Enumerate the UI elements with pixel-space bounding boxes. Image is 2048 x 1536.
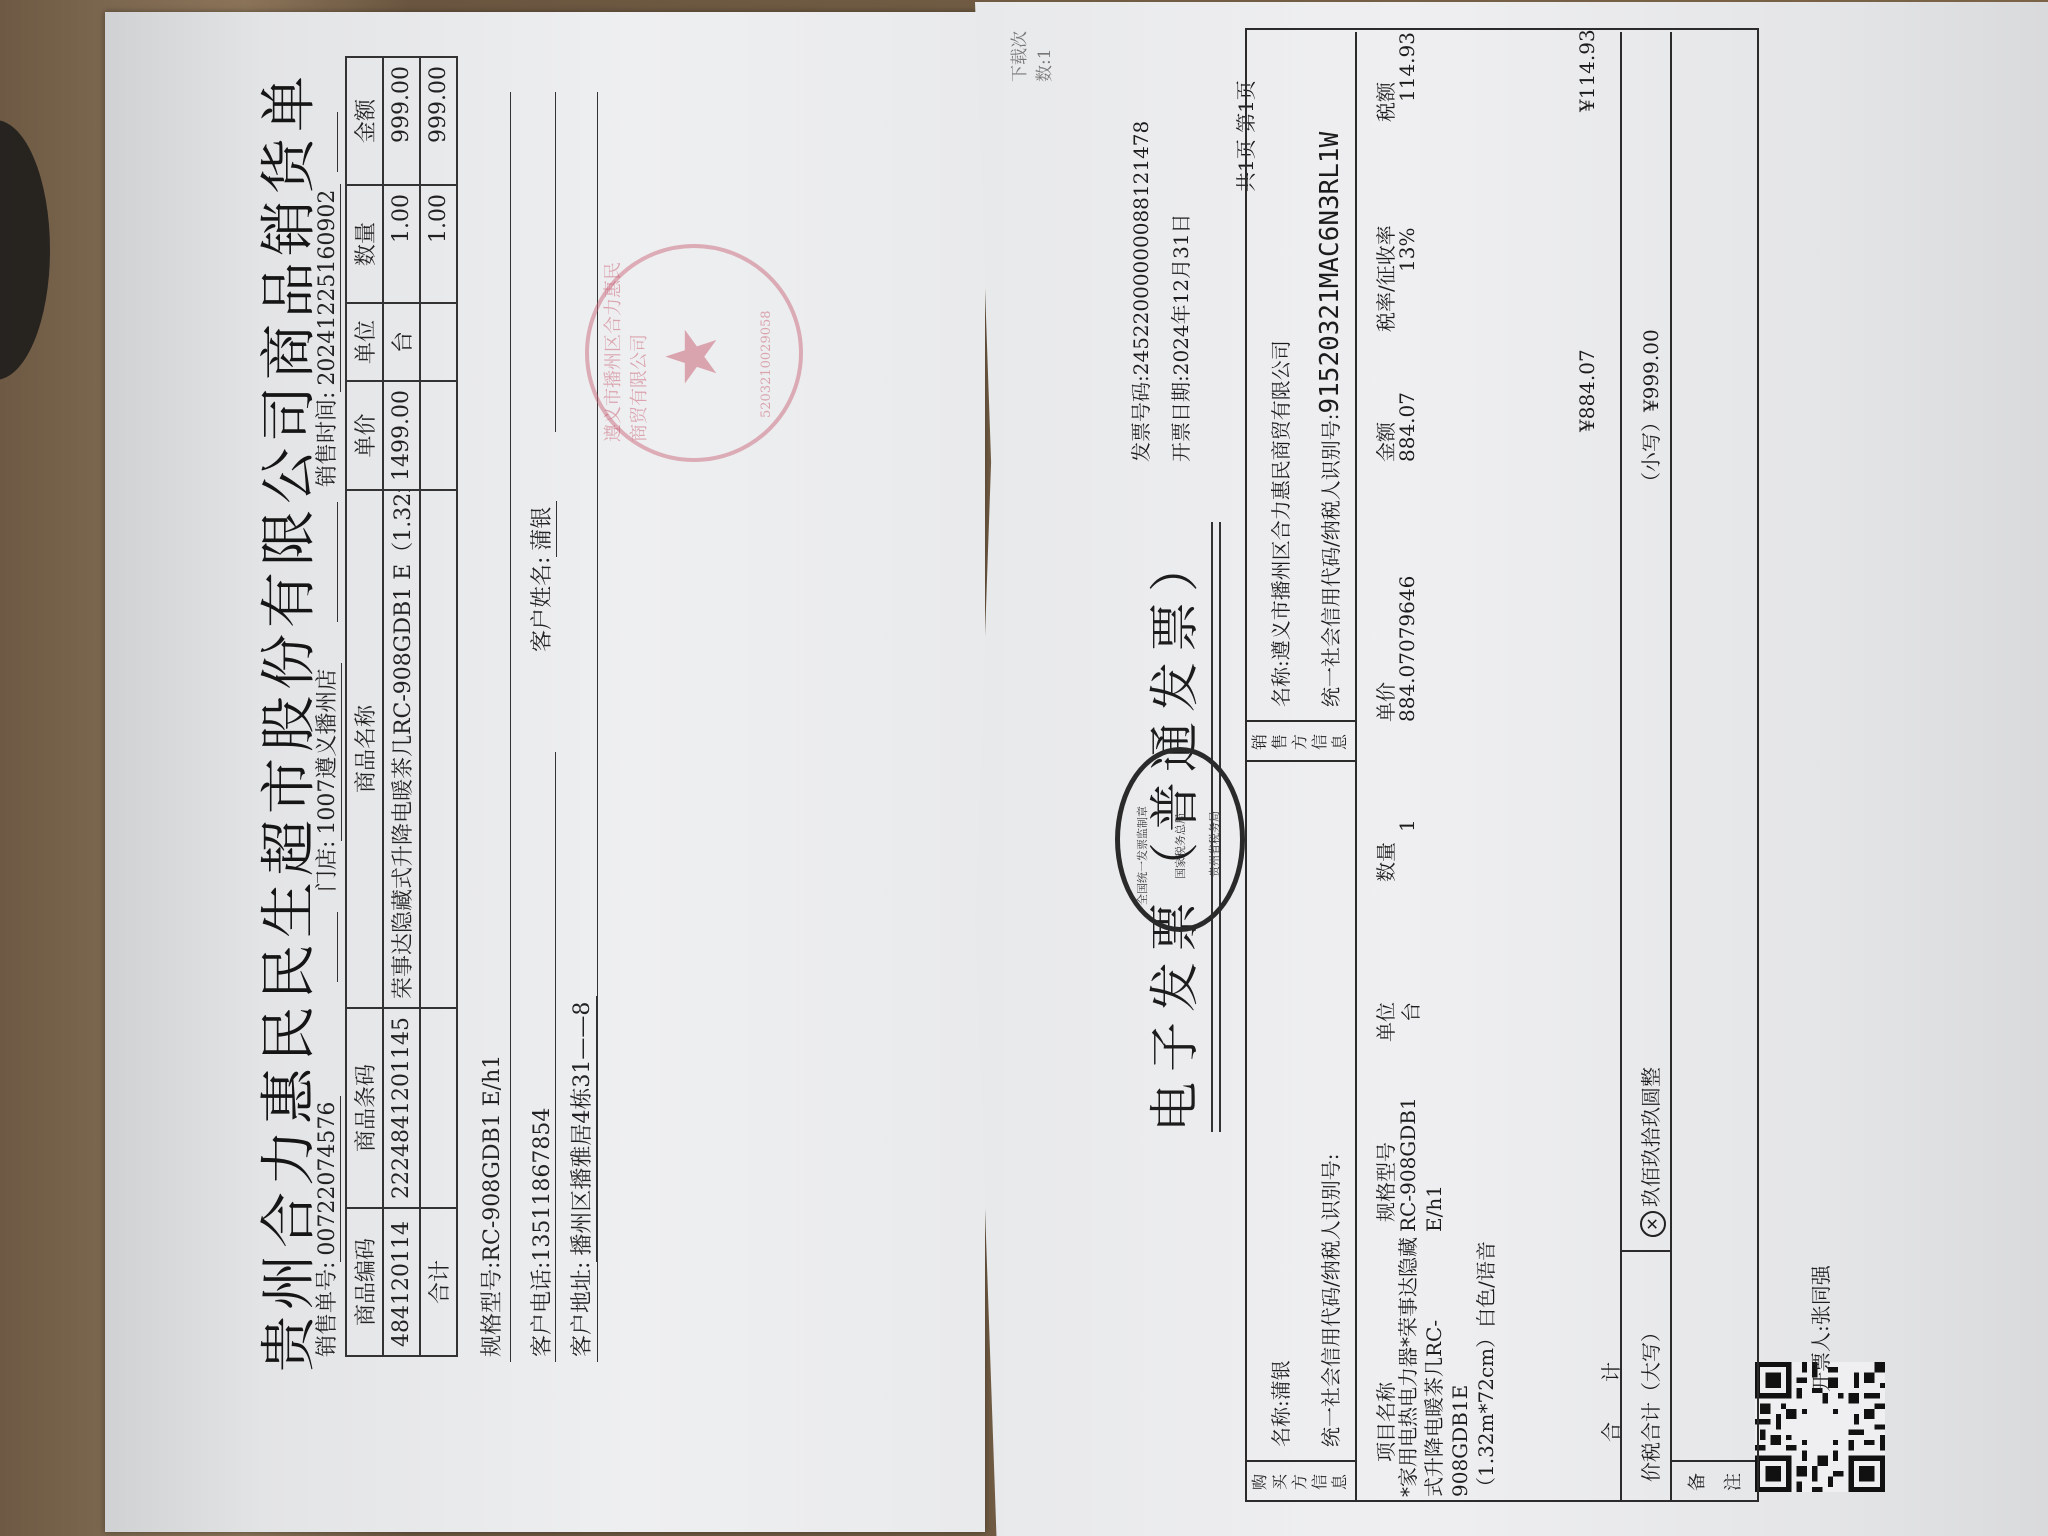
empty-cell — [420, 490, 457, 1008]
seal-line-1: 全国统一发票监制章 — [1134, 806, 1150, 905]
total-words-value: 玖佰玖拾玖圆整 — [1639, 1067, 1663, 1207]
item-spec: RC-908GDB1 E/h1 — [1395, 1072, 1447, 1232]
cross-circle-icon: ✕ — [1640, 1211, 1666, 1237]
cell-amount: 999.00 — [383, 57, 420, 185]
header-qty: 数量 — [346, 185, 383, 303]
invoice-number: 发票号码:24522000000088121478 — [1125, 121, 1154, 462]
sales-slip-paper: 贵州合力惠民民生超市股份有限公司商品销货单 销售单号:00722074576 门… — [105, 12, 985, 1532]
tax-bureau-seal: 全国统一发票监制章 国家税务总局 贵州省税务局 — [1115, 747, 1245, 932]
sale-time-value: 20241225160902 — [315, 184, 341, 392]
customer-phone-value: 13511867854 — [530, 1108, 555, 1262]
store-label: 门店: — [315, 841, 340, 892]
issuer-value: 张同强 — [1809, 1265, 1833, 1325]
sale-time: 销售时间:20241225160902 — [310, 184, 341, 487]
spec: 规格型号:RC-908GDB1 E/h1 — [475, 1055, 506, 1357]
item-qty: 1 — [1395, 819, 1419, 832]
order-number: 销售单号:00722074576 — [310, 1096, 341, 1357]
customer-name-value: 蒲银 — [525, 501, 557, 557]
table-row: 484120114 2224841201145 荣事达隐藏式升降电暖茶几RC-9… — [383, 57, 420, 1356]
header-price: 单价 — [346, 381, 383, 490]
background-shadow — [0, 120, 50, 380]
seller-section-label: 销售方信息 — [1250, 732, 1350, 752]
seal-text: 遵义市播州区合力惠民商贸有限公司 — [599, 248, 651, 442]
spec-value: RC-908GDB1 E/h1 — [480, 1055, 505, 1262]
subtotal-amount: ¥884.07 — [1575, 349, 1599, 432]
issue-date-value: 2024年12月31日 — [1169, 213, 1193, 375]
customer-address: 客户地址:播州区播雅居4栋31——8 — [565, 996, 597, 1357]
underline — [337, 112, 338, 172]
slip-items-table: 商品编码 商品条码 商品名称 单价 单位 数量 金额 484120114 222… — [345, 56, 458, 1357]
total-qty: 1.00 — [420, 185, 457, 303]
underline — [555, 752, 556, 1362]
empty-cell — [420, 1008, 457, 1208]
customer-address-value: 播州区播雅居4栋31——8 — [565, 996, 597, 1262]
total-row: 合计 1.00 999.00 — [420, 57, 457, 1356]
seal-line-2: 国家税务总局 — [1172, 813, 1188, 879]
customer-name: 客户姓名:蒲银 — [525, 501, 557, 652]
electronic-invoice: 下载次数:1 电子发票（普通发票） 全国统一发票监制章 国家税务总局 贵州省税务… — [975, 12, 2035, 1522]
header-name: 商品名称 — [346, 490, 383, 1008]
item-price: 884.07079646 — [1395, 576, 1419, 722]
cell-qty: 1.00 — [383, 185, 420, 303]
seller-name-label: 名称: — [1269, 660, 1293, 707]
seal-line-3: 贵州省税务局 — [1206, 811, 1222, 877]
header-unit: 单位 — [346, 303, 383, 381]
buyer-name-value: 蒲银 — [1269, 1360, 1293, 1400]
store: 门店:1007遵义播州店 — [310, 663, 342, 892]
sale-time-label: 销售时间: — [315, 392, 340, 487]
total-words: ✕玖佰玖拾玖圆整 — [1635, 1067, 1666, 1237]
seller-tax-id-label: 统一社会信用代码/纳税人识别号: — [1319, 414, 1343, 707]
total-label: 合计 — [420, 1208, 457, 1356]
spec-label: 规格型号: — [480, 1262, 505, 1357]
cell-code: 484120114 — [383, 1208, 420, 1356]
issuer-label: 开票人: — [1809, 1325, 1833, 1392]
sales-slip: 贵州合力惠民民生超市股份有限公司商品销货单 销售单号:00722074576 门… — [105, 32, 965, 1512]
item-name: *家用电热电力器*荣事达隐藏式升降电暖茶几RC-908GDB1E（1.32m*7… — [1395, 1237, 1499, 1497]
total-amount: 999.00 — [420, 57, 457, 185]
buyer-tax-id: 统一社会信用代码/纳税人识别号: — [1315, 1154, 1344, 1447]
subtotal-tax: ¥114.93 — [1575, 29, 1599, 112]
party-items-divider — [1355, 32, 1357, 1502]
item-unit: 台 — [1395, 1002, 1424, 1022]
cell-name: 荣事达隐藏式升降电暖茶几RC-908GDB1 E（1.32m*72c — [383, 490, 420, 1008]
invoice-paper: 下载次数:1 电子发票（普通发票） 全国统一发票监制章 国家税务总局 贵州省税务… — [975, 2, 2048, 1536]
underline — [337, 502, 338, 622]
customer-phone-label: 客户电话: — [530, 1262, 555, 1357]
seal-number: 5203210029058 — [759, 310, 774, 418]
customer-name-label: 客户姓名: — [530, 557, 555, 652]
download-count-value: 1 — [1035, 48, 1055, 59]
underline — [337, 912, 338, 982]
seller-name: 名称:遵义市播州区合力惠民商贸有限公司 — [1265, 340, 1294, 707]
cell-barcode: 2224841201145 — [383, 1008, 420, 1208]
item-tax: 114.93 — [1395, 32, 1419, 102]
header-amount: 金额 — [346, 57, 383, 185]
remarks-divider — [1670, 32, 1672, 1502]
total-small: （小写）¥999.00 — [1635, 329, 1664, 492]
remarks-label-divider — [1670, 1460, 1755, 1462]
table-header-row: 商品编码 商品条码 商品名称 单价 单位 数量 金额 — [346, 57, 383, 1356]
buyer-name: 名称:蒲银 — [1265, 1360, 1294, 1447]
issue-date-label: 开票日期: — [1169, 375, 1193, 462]
header-barcode: 商品条码 — [346, 1008, 383, 1208]
buyer-section-label: 购买方信息 — [1250, 1472, 1350, 1492]
total-words-label: 价税合计（大写） — [1635, 1322, 1664, 1482]
cell-unit: 台 — [383, 303, 420, 381]
buyer-name-label: 名称: — [1269, 1400, 1293, 1447]
total-cell-divider — [1620, 1250, 1670, 1252]
item-amount: 884.07 — [1395, 392, 1419, 462]
download-count: 下载次数:1 — [1005, 12, 1055, 82]
seller-tax-id-value: 91520321MAC6N3RL1W — [1315, 132, 1345, 414]
divider — [597, 92, 598, 1362]
buyer-tax-id-label: 统一社会信用代码/纳税人识别号: — [1319, 1154, 1343, 1447]
store-value: 1007遵义播州店 — [310, 663, 342, 841]
customer-phone: 客户电话:13511867854 — [525, 1108, 556, 1357]
invoice-number-value: 24522000000088121478 — [1129, 121, 1153, 376]
item-tax-rate: 13% — [1395, 228, 1419, 272]
cell-price: 1499.00 — [383, 381, 420, 490]
empty-cell — [420, 381, 457, 490]
order-number-label: 销售单号: — [315, 1262, 340, 1357]
order-number-value: 00722074576 — [315, 1096, 341, 1262]
total-small-label: （小写） — [1639, 412, 1663, 492]
seller-name-value: 遵义市播州区合力惠民商贸有限公司 — [1269, 340, 1293, 660]
customer-address-label: 客户地址: — [570, 1262, 595, 1357]
invoice-number-label: 发票号码: — [1129, 375, 1153, 462]
remarks-label: 备注 — [1680, 1472, 1752, 1492]
seller-tax-id: 统一社会信用代码/纳税人识别号:91520321MAC6N3RL1W — [1315, 132, 1345, 707]
total-divider — [1620, 32, 1622, 1502]
issue-date: 开票日期:2024年12月31日 — [1165, 213, 1194, 462]
total-small-value: ¥999.00 — [1639, 329, 1663, 412]
divider — [510, 92, 511, 1362]
header-code: 商品编码 — [346, 1208, 383, 1356]
issuer: 开票人:张同强 — [1805, 1265, 1834, 1392]
item-header-qty: 数量 — [1370, 842, 1399, 882]
star-icon: ★ — [651, 325, 733, 388]
company-seal: 遵义市播州区合力惠民商贸有限公司 ★ 5203210029058 — [585, 244, 803, 462]
underline — [555, 92, 556, 432]
empty-cell — [420, 303, 457, 381]
